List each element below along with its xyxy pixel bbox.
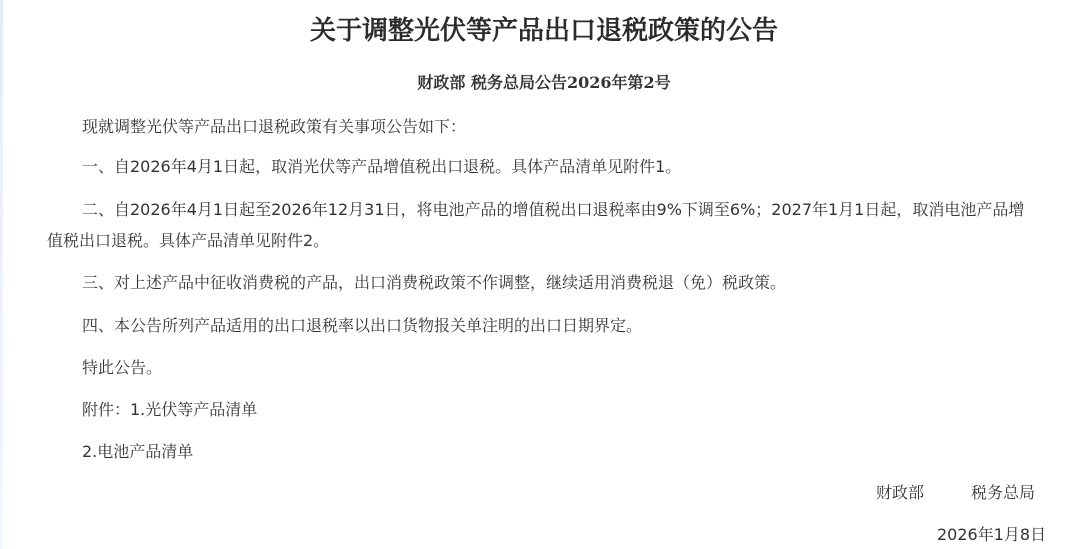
attachment-2: 2.电池产品清单 [82, 435, 193, 468]
signatory-tax-administration: 税务总局 [971, 480, 1035, 503]
signatory-ministry-of-finance: 财政部 [876, 480, 924, 503]
intro-paragraph: 现就调整光伏等产品出口退税政策有关事项公告如下： [82, 110, 466, 143]
item-2: 二、自2026年4月1日起至2026年12月31日，将电池产品的增值税出口退税率… [82, 193, 1024, 226]
announcement-number: 财政部 税务总局公告2026年第2号 [0, 70, 1080, 93]
item-3: 三、对上述产品中征收消费税的产品，出口消费税政策不作调整，继续适用消费税退（免）… [82, 266, 786, 299]
item-4: 四、本公告所列产品适用的出口退税率以出口货物报关单注明的出口日期界定。 [82, 309, 642, 342]
publish-date: 2026年1月8日 [937, 522, 1046, 545]
page-title: 关于调整光伏等产品出口退税政策的公告 [0, 10, 1080, 47]
closing-text: 特此公告。 [82, 351, 162, 384]
item-1: 一、自2026年4月1日起，取消光伏等产品增值税出口退税。具体产品清单见附件1。 [82, 150, 681, 183]
attachment-1: 附件：1.光伏等产品清单 [82, 393, 257, 426]
item-2-continued: 值税出口退税。具体产品清单见附件2。 [47, 224, 329, 257]
